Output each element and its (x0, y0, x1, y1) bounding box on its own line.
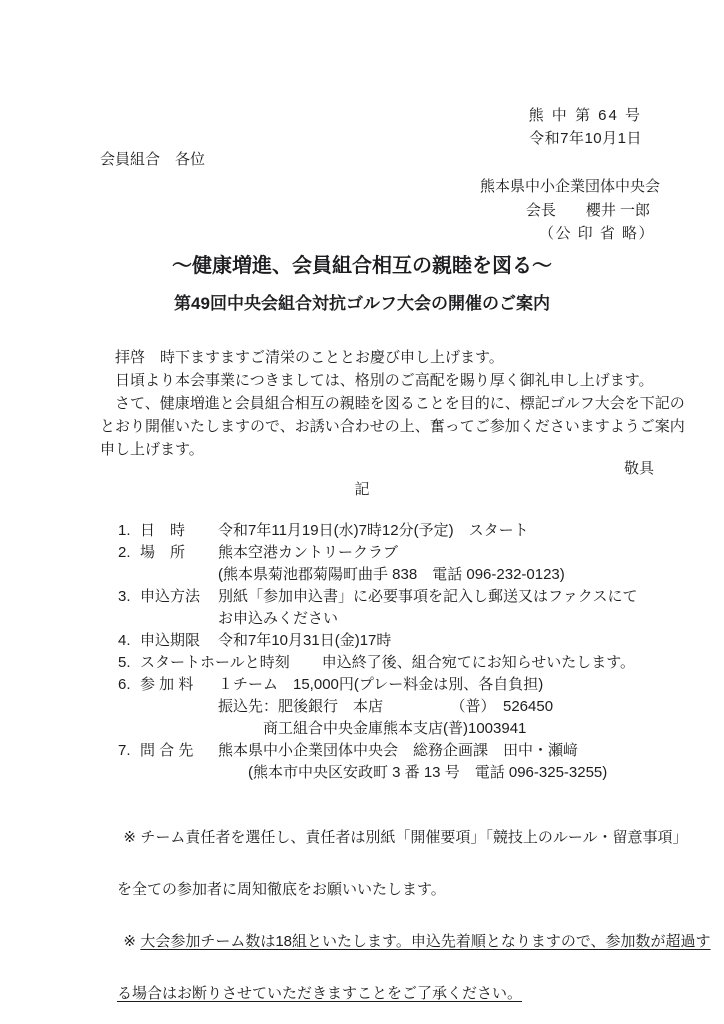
item-label: 場 所 (140, 542, 218, 564)
note-line: 大会参加チーム数は18組といたします。申込先着順となりますので、参加数が超過す (140, 933, 710, 950)
note-marker: ※ (123, 825, 140, 851)
note-team-leader: ※チーム責任者を選任し、責任者は別紙「開催要項」「競技上のルール・留意事項」 を… (90, 799, 680, 903)
item-value-line: 振込先：肥後銀行 本店 （普） 526450 (218, 696, 678, 718)
item-value: 熊本空港カントリークラブ (熊本県菊池郡菊陽町曲手 838 電話 096-232… (218, 542, 678, 586)
list-item-start-hole: 5. スタートホールと時刻 申込終了後、組合宛てにお知らせいたします。 (118, 652, 678, 674)
sender-name: 会長 櫻井 一郎 (526, 201, 650, 221)
note-line: を全ての参加者に周知徹底をお願いいたします。 (90, 877, 680, 903)
body-line: さて、健康増進と会員組合相互の親睦を図ることを目的に、標記ゴルフ大会を下記の (100, 392, 670, 415)
closing-word: 敬具 (624, 459, 654, 479)
item-number: 5. (118, 652, 140, 674)
item-label: スタートホールと時刻 (140, 652, 290, 674)
list-item-contact: 7. 問 合 先 熊本県中小企業団体中央会 総務企画課 田中・瀬﨑 (熊本市中央… (118, 740, 678, 784)
body-line: 日頃より本会事業につきましては、格別のご高配を賜り厚く御礼申し上げます。 (100, 369, 670, 392)
body-line: とおり開催いたしますので、お誘い合わせの上、奮ってご参加くださいますようご案内 (100, 415, 670, 438)
item-number: 2. (118, 542, 140, 564)
item-value-line: 商工組合中央金庫熊本支店(普)1003941 (218, 718, 678, 740)
item-value-line: 令和7年10月31日(金)17時 (218, 630, 678, 652)
record-marker: 記 (0, 480, 724, 500)
item-label: 問 合 先 (140, 740, 218, 762)
item-number: 3. (118, 586, 140, 608)
item-value-line: (熊本市中央区安政町 3 番 13 号 電話 096-325-3255) (218, 762, 678, 784)
item-label: 申込期限 (140, 630, 218, 652)
item-value: 熊本県中小企業団体中央会 総務企画課 田中・瀬﨑 (熊本市中央区安政町 3 番 … (218, 740, 678, 784)
item-value-line: 熊本空港カントリークラブ (218, 542, 678, 564)
item-value: 申込終了後、組合宛てにお知らせいたします。 (322, 652, 678, 674)
item-value-line: 別紙「参加申込書」に必要事項を記入し郵送又はファクスにて (218, 586, 678, 608)
item-value-line: (熊本県菊池郡菊陽町曲手 838 電話 096-232-0123) (218, 564, 678, 586)
body-line: 申し上げます。 (100, 438, 670, 461)
doc-number: 熊 中 第 64 号 (529, 106, 642, 126)
item-value: 令和7年10月31日(金)17時 (218, 630, 678, 652)
note-line: チーム責任者を選任し、責任者は別紙「開催要項」「競技上のルール・留意事項」 (140, 829, 687, 846)
item-value: 別紙「参加申込書」に必要事項を記入し郵送又はファクスにて お申込みください (218, 586, 678, 630)
item-number: 4. (118, 630, 140, 652)
document-page: 熊 中 第 64 号 令和7年10月1日 会員組合 各位 熊本県中小企業団体中央… (0, 0, 724, 1024)
item-number: 1. (118, 520, 140, 542)
note-marker: ※ (123, 929, 140, 955)
issue-date: 令和7年10月1日 (529, 129, 642, 149)
document-title: 第49回中央会組合対抗ゴルフ大会の開催のご案内 (0, 289, 724, 314)
recipient: 会員組合 各位 (100, 150, 205, 170)
item-value-line: 申込終了後、組合宛てにお知らせいたします。 (322, 652, 678, 674)
list-item-date: 1. 日 時 令和7年11月19日(水)7時12分(予定) スタート (118, 520, 678, 542)
slogan-title: ～健康増進、会員組合相互の親睦を図る～ (0, 249, 724, 278)
item-value-line: 令和7年11月19日(水)7時12分(予定) スタート (218, 520, 678, 542)
list-item-deadline: 4. 申込期限 令和7年10月31日(金)17時 (118, 630, 678, 652)
body-paragraph: 拝啓 時下ますますご清栄のこととお慶び申し上げます。 日頃より本会事業につきまし… (100, 346, 670, 461)
notes-section: ※チーム責任者を選任し、責任者は別紙「開催要項」「競技上のルール・留意事項」 を… (90, 799, 680, 1007)
list-item-place: 2. 場 所 熊本空港カントリークラブ (熊本県菊池郡菊陽町曲手 838 電話 … (118, 542, 678, 586)
list-item-application-method: 3. 申込方法 別紙「参加申込書」に必要事項を記入し郵送又はファクスにて お申込… (118, 586, 678, 630)
item-value-line: １チーム 15,000円(プレー料金は別、各自負担) (218, 674, 678, 696)
item-value-line: お申込みください (218, 608, 678, 630)
note-team-limit: ※大会参加チーム数は18組といたします。申込先着順となりますので、参加数が超過す… (90, 903, 680, 1007)
item-number: 6. (118, 674, 140, 696)
seal-note: （公 印 省 略） (539, 224, 655, 244)
note-line: る場合はお断りさせていただきますことをご了承ください。 (90, 981, 680, 1007)
list-item-fee: 6. 参 加 料 １チーム 15,000円(プレー料金は別、各自負担) 振込先：… (118, 674, 678, 740)
item-label: 日 時 (140, 520, 218, 542)
item-label: 申込方法 (140, 586, 218, 608)
item-value-line: 熊本県中小企業団体中央会 総務企画課 田中・瀬﨑 (218, 740, 678, 762)
item-label: 参 加 料 (140, 674, 218, 696)
info-list: 1. 日 時 令和7年11月19日(水)7時12分(予定) スタート 2. 場 … (118, 520, 678, 784)
sender-org: 熊本県中小企業団体中央会 (480, 177, 660, 197)
item-number: 7. (118, 740, 140, 762)
item-value: 令和7年11月19日(水)7時12分(予定) スタート (218, 520, 678, 542)
body-line: 拝啓 時下ますますご清栄のこととお慶び申し上げます。 (100, 346, 670, 369)
item-value: １チーム 15,000円(プレー料金は別、各自負担) 振込先：肥後銀行 本店 （… (218, 674, 678, 740)
